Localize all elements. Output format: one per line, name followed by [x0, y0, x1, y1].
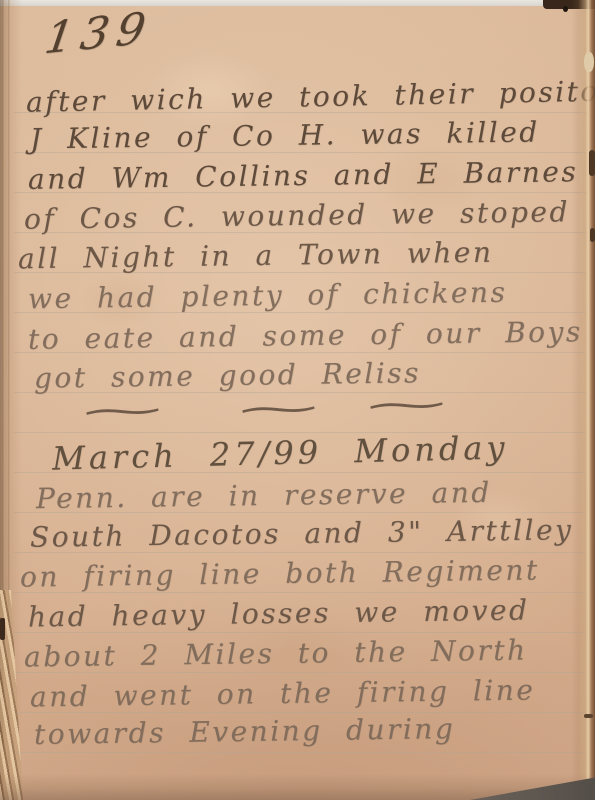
handwriting-line: about 2 Miles to the North — [24, 635, 528, 673]
handwriting-line: South Dacotos and 3" Arttlley — [30, 515, 574, 553]
edge-notch — [584, 714, 593, 718]
squiggle-mark: ~ — [226, 389, 330, 430]
handwriting-line: of Cos C. wounded we stoped — [24, 197, 570, 235]
handwriting-line: had heavy losses we moved — [28, 596, 530, 634]
squiggle-mark: ~ — [354, 385, 458, 426]
handwriting-line: all Night in a Town when — [18, 238, 494, 275]
page-edge-right — [571, 0, 595, 800]
squiggle-mark: ~ — [70, 391, 174, 432]
handwriting-line: towards Evening during — [34, 714, 456, 751]
ink-speck — [0, 618, 5, 640]
diary-page-scan: 139 after wich we took their positon J K… — [0, 0, 595, 800]
handwriting-line: we had plenty of chickens — [28, 278, 508, 315]
handwriting-line: and Wm Collins and E Barnes — [28, 157, 579, 195]
entry-date-line: March 27/99 Monday — [52, 430, 509, 476]
handwriting-line: on firing line both Regiment — [20, 555, 540, 593]
handwriting-line: to eate and some of our Boys — [28, 317, 583, 356]
handwriting-line: after wich we took their positon — [26, 76, 595, 118]
top-edge-strip — [0, 0, 595, 6]
page-number: 139 — [41, 5, 155, 64]
ink-speck — [563, 6, 568, 12]
edge-notch — [590, 228, 595, 242]
handwriting-line: Penn. are in reserve and — [36, 478, 492, 515]
edge-notch — [589, 150, 595, 176]
handwriting-line: J Kline of Co H. was killed — [30, 117, 540, 155]
torn-edge-chip — [584, 52, 594, 72]
handwriting-line: and went on the firing line — [30, 675, 536, 713]
